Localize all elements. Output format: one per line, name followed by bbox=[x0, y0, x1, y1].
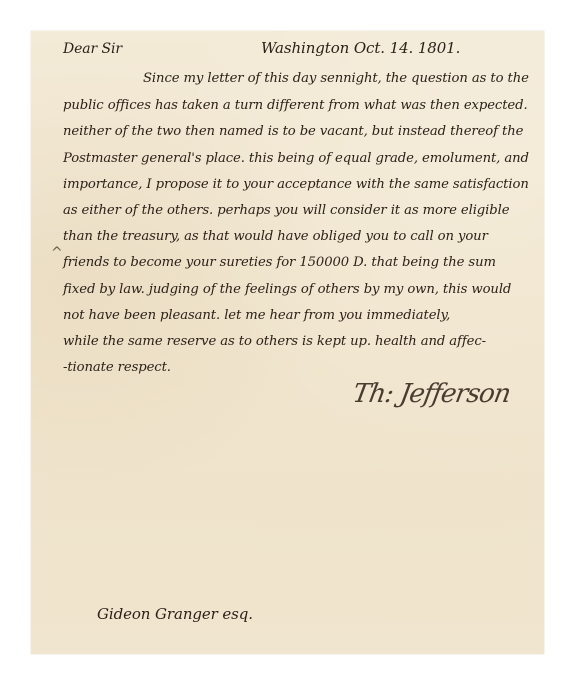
body-line: than the treasury, as that would have ob… bbox=[63, 229, 488, 244]
body-line: Postmaster general's place. this being o… bbox=[63, 151, 529, 166]
body-line: importance, I propose it to your accepta… bbox=[63, 177, 529, 192]
addressee: Gideon Granger esq. bbox=[97, 605, 253, 623]
body-line: Since my letter of this day sennight, th… bbox=[143, 71, 529, 86]
insertion-mark: ^ bbox=[51, 245, 63, 261]
body-line: friends to become your sureties for 1500… bbox=[63, 255, 496, 270]
salutation: Dear Sir bbox=[63, 41, 122, 57]
dateline: Washington Oct. 14. 1801. bbox=[261, 39, 460, 57]
signature: Th: Jefferson bbox=[350, 379, 512, 409]
body-line: neither of the two then named is to be v… bbox=[63, 124, 523, 139]
body-line: while the same reserve as to others is k… bbox=[63, 334, 486, 349]
body-line: public offices has taken a turn differen… bbox=[63, 98, 528, 113]
body-line: fixed by law. judging of the feelings of… bbox=[63, 282, 511, 297]
letter-paper: Dear Sir Washington Oct. 14. 1801. Since… bbox=[31, 31, 544, 654]
body-line: not have been pleasant. let me hear from… bbox=[63, 308, 450, 323]
body-line: as either of the others. perhaps you wil… bbox=[63, 203, 509, 218]
body-line: -tionate respect. bbox=[63, 360, 171, 375]
